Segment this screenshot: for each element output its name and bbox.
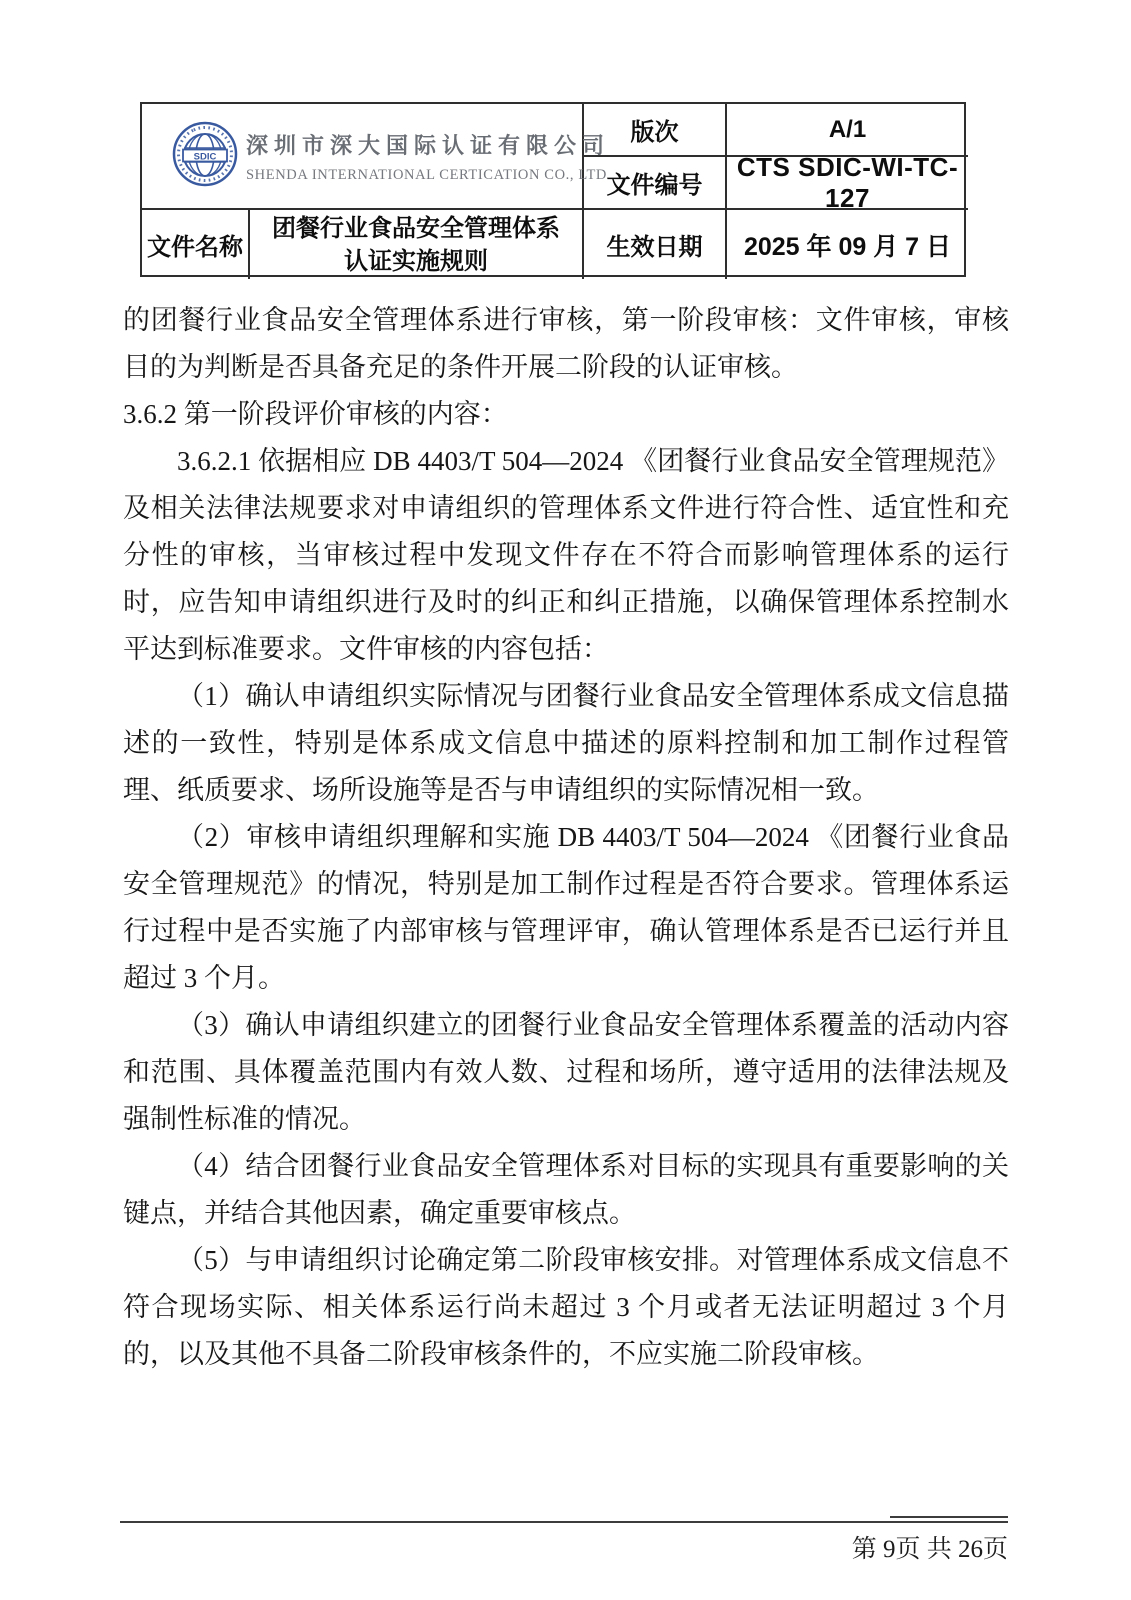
body-paragraph: （1）确认申请组织实际情况与团餐行业食品安全管理体系成文信息描述的一致性，特别是… (123, 673, 1009, 814)
body-paragraph: （2）审核申请组织理解和实施 DB 4403/T 504—2024 《团餐行业食… (123, 814, 1009, 1002)
body-paragraph: 的团餐行业食品安全管理体系进行审核，第一阶段审核：文件审核，审核目的为判断是否具… (123, 297, 1009, 391)
company-names: 深圳市深大国际认证有限公司 SHENDA INTERNATIONAL CERTI… (246, 129, 610, 184)
doc-name-value: 团餐行业食品安全管理体系认证实施规则 (250, 210, 584, 279)
document-header-table: SDIC 深圳市深大国际认证有限公司 SHENDA INTERNATIONAL … (140, 102, 966, 277)
document-page: SDIC 深圳市深大国际认证有限公司 SHENDA INTERNATIONAL … (0, 0, 1131, 1600)
version-label: 版次 (584, 104, 727, 157)
company-seal-icon: SDIC (172, 121, 238, 192)
effective-date-value: 2025 年 09 月 7 日 (727, 210, 968, 279)
footer-divider-accent (890, 1516, 1008, 1518)
footer-divider (120, 1521, 1008, 1523)
body-paragraph: （5）与申请组织讨论确定第二阶段审核安排。对管理体系成文信息不符合现场实际、相关… (123, 1237, 1009, 1378)
page-number: 第 9页 共 26页 (852, 1529, 1008, 1565)
document-body: 的团餐行业食品安全管理体系进行审核，第一阶段审核：文件审核，审核目的为判断是否具… (123, 297, 1009, 1378)
company-name-cn: 深圳市深大国际认证有限公司 (246, 129, 610, 160)
doc-number-value: CTS SDIC-WI-TC-127 (727, 157, 968, 210)
body-paragraph: 3.6.2 第一阶段评价审核的内容： (123, 391, 1009, 438)
effective-date-label: 生效日期 (584, 210, 727, 279)
company-name-en: SHENDA INTERNATIONAL CERTICATION CO., LT… (246, 167, 607, 184)
company-header-cell: SDIC 深圳市深大国际认证有限公司 SHENDA INTERNATIONAL … (142, 104, 584, 210)
seal-text: SDIC (194, 151, 217, 162)
doc-name-label: 文件名称 (142, 210, 250, 279)
body-paragraph: （3）确认申请组织建立的团餐行业食品安全管理体系覆盖的活动内容和范围、具体覆盖范… (123, 1002, 1009, 1143)
version-value: A/1 (727, 104, 968, 157)
doc-number-label: 文件编号 (584, 157, 727, 210)
body-paragraph: （4）结合团餐行业食品安全管理体系对目标的实现具有重要影响的关键点，并结合其他因… (123, 1143, 1009, 1237)
body-paragraph: 3.6.2.1 依据相应 DB 4403/T 504—2024 《团餐行业食品安… (123, 438, 1009, 673)
